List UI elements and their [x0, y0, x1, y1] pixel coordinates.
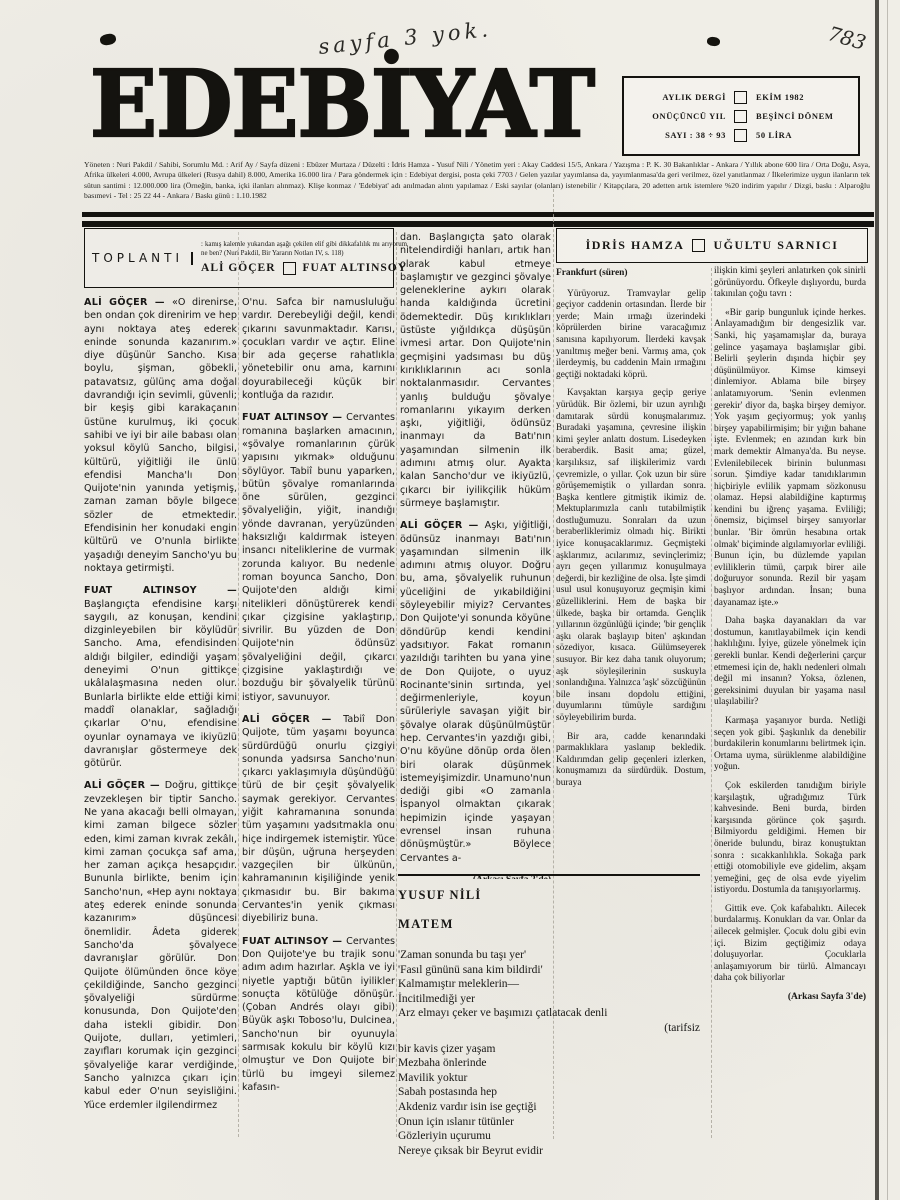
- heavy-rule: [82, 221, 874, 227]
- handwritten-page-number: 783: [825, 21, 868, 55]
- story-paragraph: Bir ara, cadde kenarındaki parmaklıklara…: [556, 732, 706, 790]
- box-ornament-icon: [734, 91, 747, 104]
- info-value: BEŞİNCİ DÖNEM: [756, 111, 852, 121]
- speaker-name: FUAT ALTINSOY —: [84, 585, 237, 596]
- story-paragraph: ilişkin kimi şeyleri anlatırken çok sini…: [714, 266, 866, 301]
- participant-right: FUAT ALTINSOY: [303, 262, 408, 274]
- poem-line: 'Zaman sonunda bu taşı yer': [398, 948, 700, 963]
- scan-edge-shadow: [875, 0, 879, 1200]
- article-column-2: O'nu. Safca bir namusluluğu vardır. Dere…: [242, 296, 395, 1148]
- dialogue-paragraph: FUAT ALTINSOY — Cervantes Don Quijote'ye…: [242, 935, 395, 1095]
- poem-line: bir kavis çizer yaşam: [398, 1042, 700, 1057]
- story-paragraph: Karmaşa yaşanıyor burda. Netliği seçen y…: [714, 716, 866, 774]
- tape-mark-icon: [99, 33, 117, 47]
- story-paragraph: Yürüyoruz. Tramvaylar gelip geçiyor cadd…: [556, 289, 706, 382]
- story-paragraph: Çok eskilerden tanıdığım biriyle karşıla…: [714, 781, 866, 897]
- dialogue-paragraph: O'nu. Safca bir namusluluğu vardır. Dere…: [242, 296, 395, 402]
- poem-line: İncitilmediği yer: [398, 992, 700, 1007]
- poem-line: Kalmamıştır meleklerin—: [398, 977, 700, 992]
- poem-line: Nereye çıksak bir Beyrut evidir: [398, 1144, 700, 1159]
- dialogue-text: Cervantes romanına başlarken amacının, «…: [242, 412, 395, 702]
- toplanti-label: TOPLANTI: [92, 251, 183, 265]
- masthead-text: Yöneten : Nuri Pakdil / Sahibi, Sorumlu …: [84, 160, 870, 201]
- info-row-1: AYLIK DERGİ EKİM 1982: [630, 91, 852, 104]
- dialogue-text: Doğru, gittikçe zevzekleşen bir tiptir S…: [84, 780, 237, 1110]
- dialogue-text: Tabiî Don Quijote, tüm yaşamı boyunca sü…: [242, 714, 395, 924]
- info-label: SAYI : 38 ÷ 93: [630, 130, 726, 140]
- dialogue-paragraph: ALİ GÖÇER — «O direnirse, ben ondan çok …: [84, 296, 237, 575]
- poem-line: Gözleriyin uçurumu: [398, 1129, 700, 1144]
- magazine-page-scan: sayfa 3 yok. 783 EDEBİYAT AYLIK DERGİ EK…: [0, 0, 900, 1200]
- info-label: AYLIK DERGİ: [630, 92, 726, 102]
- participant-left: ALİ GÖÇER: [201, 262, 276, 274]
- toplanti-header-box: TOPLANTI : kamış kalemle yukarıdan aşağı…: [84, 228, 394, 288]
- dialogue-text: O'nu. Safca bir namusluluğu vardır. Dere…: [242, 297, 395, 401]
- poem-title: MATEM: [398, 917, 700, 932]
- story-paragraph: «Bir garip bungunluk içinde herkes. Anla…: [714, 308, 866, 609]
- poem-author: YUSUF NİLİ: [398, 888, 700, 903]
- poem-line: Onun için ıslanır tütünler: [398, 1115, 700, 1130]
- dialogue-paragraph: FUAT ALTINSOY — Cervantes romanına başla…: [242, 411, 395, 704]
- dialogue-text: Aşkı, yiğitliği, ödünsüz inanmayı Batı'n…: [400, 520, 551, 863]
- story-paragraph: Gittik eve. Çok kafabalıktı. Ailecek bur…: [714, 904, 866, 985]
- dialogue-paragraph: ALİ GÖÇER — Aşkı, yiğitliği, ödünsüz ina…: [400, 519, 551, 865]
- poem-line: Arz elmayı çeker ve başımızı çatlatacak …: [398, 1006, 700, 1021]
- speaker-name: ALİ GÖÇER —: [400, 520, 485, 531]
- info-value: 50 LİRA: [756, 130, 852, 140]
- column-separator: [238, 232, 239, 1137]
- toplanti-participants: ALİ GÖÇER FUAT ALTINSOY: [201, 262, 407, 275]
- box-ornament-icon: [191, 252, 193, 265]
- column-separator: [711, 268, 712, 1138]
- poem-section: YUSUF NİLİ MATEM 'Zaman sonunda bu taşı …: [398, 874, 700, 1158]
- info-value: EKİM 1982: [756, 92, 852, 102]
- dialogue-paragraph: FUAT ALTINSOY — Başlangıçta efendisine k…: [84, 584, 237, 770]
- box-ornament-icon: [734, 110, 747, 123]
- dialogue-paragraph: ALİ GÖÇER — Tabiî Don Quijote, tüm yaşam…: [242, 713, 395, 926]
- speaker-name: FUAT ALTINSOY —: [242, 936, 346, 947]
- dialogue-text: dan. Başlangıçta şato olarak nitelendird…: [400, 232, 551, 509]
- poem-line: Mavilik yoktur: [398, 1071, 700, 1086]
- box-ornament-icon: [692, 239, 705, 252]
- tape-mark-icon: [707, 36, 721, 46]
- dialogue-text: Cervantes Don Quijote'ye bu trajik sonu …: [242, 936, 395, 1093]
- info-row-2: ONÜÇÜNCÜ YIL BEŞİNCİ DÖNEM: [630, 110, 852, 123]
- article-column-1: ALİ GÖÇER — «O direnirse, ben ondan çok …: [84, 296, 237, 1148]
- issue-info-box: AYLIK DERGİ EKİM 1982 ONÜÇÜNCÜ YIL BEŞİN…: [622, 76, 860, 156]
- info-label: ONÜÇÜNCÜ YIL: [630, 111, 726, 121]
- dialogue-paragraph: dan. Başlangıçta şato olarak nitelendird…: [400, 231, 551, 510]
- speaker-name: ALİ GÖÇER —: [84, 780, 165, 791]
- scan-edge-line: [887, 0, 888, 1200]
- toplanti-quote: : kamış kalemle yukarıdan aşağı çekilen …: [201, 241, 407, 258]
- story-paragraph: Daha başka dayanakları da var dostumun, …: [714, 616, 866, 709]
- dialogue-paragraph: ALİ GÖÇER — Doğru, gittikçe zevzekleşen …: [84, 779, 237, 1111]
- story-paragraph: Kavşaktan karşıya geçip geriye yürüdük. …: [556, 388, 706, 724]
- poem-line: Akdeniz vardır isin ise geçtiği: [398, 1100, 700, 1115]
- box-ornament-icon: [734, 129, 747, 142]
- story-header-box: İDRİS HAMZA UĞULTU SARNICI: [556, 228, 868, 263]
- story-author: İDRİS HAMZA: [586, 238, 685, 253]
- speaker-name: ALİ GÖÇER —: [242, 714, 343, 725]
- poem-line: (tarifsiz: [398, 1021, 700, 1036]
- story-column-1: Frankfurt (süren) Yürüyoruz. Tramvaylar …: [556, 268, 706, 874]
- heavy-rule: [82, 212, 874, 217]
- speaker-name: FUAT ALTINSOY —: [242, 412, 346, 423]
- poem-line: Sabah postasında hep: [398, 1085, 700, 1100]
- story-title: UĞULTU SARNICI: [713, 238, 838, 253]
- article-column-3: dan. Başlangıçta şato olarak nitelendird…: [400, 231, 551, 879]
- dialogue-text: «O direnirse, ben ondan çok direnirim ve…: [84, 297, 237, 574]
- info-row-3: SAYI : 38 ÷ 93 50 LİRA: [630, 129, 852, 142]
- story-lead: Frankfurt (süren): [556, 268, 706, 280]
- poem-line: Mezbaha önlerinde: [398, 1056, 700, 1071]
- continuation-note: (Arkası Sayfa 3'de): [714, 992, 866, 1004]
- story-column-2: ilişkin kimi şeyleri anlatırken çok sini…: [714, 266, 866, 1130]
- column-separator: [396, 232, 397, 1137]
- box-ornament-icon: [283, 262, 296, 275]
- speaker-name: ALİ GÖÇER —: [84, 297, 172, 308]
- dialogue-text: Başlangıçta efendisine karşı saygılı, az…: [84, 599, 237, 770]
- poem-line: 'Fasıl gününü sana kim bildirdi': [398, 963, 700, 978]
- magazine-title: EDEBİYAT: [90, 50, 620, 158]
